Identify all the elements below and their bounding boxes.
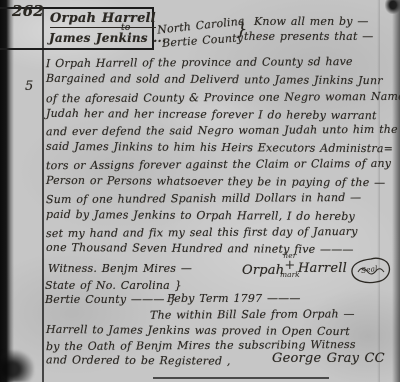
seal-icon: Seal [349, 256, 393, 286]
signature-first-name: Orpah [242, 263, 284, 278]
deed-line-10: paid by James Jenkins to Orpah Harrell, … [46, 208, 355, 223]
deed-line-5: and ever defend the said Negro woman Jud… [46, 123, 398, 138]
clerk-signature: George Gray CC [272, 351, 385, 366]
docket-grantee-name: James Jenkins ... [49, 31, 166, 45]
deed-line-12: one Thousand Seven Hundred and ninety fi… [46, 241, 354, 256]
deed-line-1: I Orpah Harrell of the province and Coun… [46, 55, 353, 70]
court-line-2: Harrell to James Jenkins was proved in O… [46, 323, 350, 338]
document-page: 262 5 Orpah Harrell to James Jenkins ...… [0, 0, 400, 382]
deed-line-3: of the aforesaid County & Province one N… [46, 90, 400, 106]
ink-blot-bottom-left [0, 350, 34, 382]
binding-edge [0, 0, 14, 382]
opening-line-1: Know all men by — [254, 15, 369, 28]
margin-number: 5 [25, 79, 33, 94]
signature-mark-stack: her + mark [280, 252, 300, 278]
court-line-1: The within Bill Sale from Orpah — [150, 307, 355, 321]
page-right-edge [392, 0, 400, 382]
deed-line-11: set my hand and fix my seal this first d… [46, 225, 358, 240]
docket-grantor-name: Orpah Harrell [50, 11, 156, 28]
deed-line-6: said James Jinkins to him his Heirs Exec… [46, 140, 393, 155]
deed-line-8: Person or Persons whatsoever they be in … [46, 174, 385, 189]
signature-last-name: Harrell [298, 261, 347, 276]
deed-line-2: Bargained and sold and Deliverd unto Jam… [46, 72, 383, 87]
signature-mark-label: mark [280, 271, 300, 279]
jurat-county-line: Bertie County ——— } [45, 293, 176, 306]
court-term-line: Feby Term 1797 ——— [167, 292, 301, 305]
bottom-rule-line [153, 377, 329, 379]
opening-line-2: these presents that — [244, 30, 373, 43]
deed-line-7: tors or Assigns forever against the Clai… [46, 157, 391, 172]
docket-box-bottom-line [0, 48, 154, 50]
page-number: 262 [12, 2, 44, 20]
page-crease [377, 0, 380, 382]
witness-line: Witness. Benjm Mires — [48, 262, 192, 275]
court-line-4: and Ordered to be Registered , [46, 353, 231, 367]
jurat-state-line: State of No. Carolina } [45, 279, 182, 292]
margin-rule-line [42, 7, 44, 382]
deed-line-9: Sum of one hundred Spanish milld Dollars… [46, 191, 361, 206]
deed-line-4: Judah her and her increase forever I do … [46, 107, 377, 122]
